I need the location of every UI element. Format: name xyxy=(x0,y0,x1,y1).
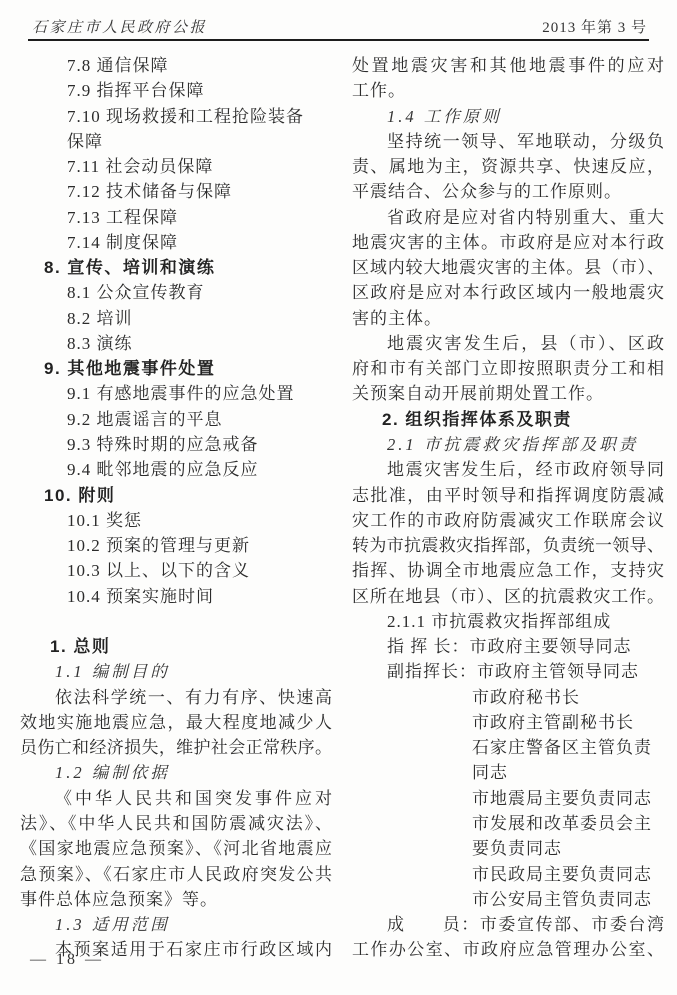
text-line: 效地实施地震应急，最大程度地减少人 xyxy=(20,710,332,735)
toc-item: 7.13 工程保障 xyxy=(20,205,332,230)
official-list-line: 要负责同志 xyxy=(352,836,664,861)
blank-line xyxy=(20,609,332,634)
text-line: 地震灾害的主体。市政府是应对本行政 xyxy=(352,230,664,255)
subsection-heading: 1.1 编制目的 xyxy=(20,659,332,684)
page-number: — 18 — xyxy=(30,951,104,969)
text-line: 成 员：市委宣传部、市委台湾 xyxy=(352,912,664,937)
text-line: 事件总体应急预案》等。 xyxy=(20,887,332,912)
subsection-heading: 1.2 编制依据 xyxy=(20,760,332,785)
toc-item: 7.10 现场救援和工程抢险装备 xyxy=(20,104,332,129)
toc-item: 7.12 技术储备与保障 xyxy=(20,179,332,204)
toc-item: 7.9 指挥平台保障 xyxy=(20,78,332,103)
subsection-heading: 1.4 工作原则 xyxy=(352,104,664,129)
toc-item: 10.4 预案实施时间 xyxy=(20,584,332,609)
toc-item: 9.3 特殊时期的应急戒备 xyxy=(20,432,332,457)
text-line: 工作。 xyxy=(352,78,664,103)
toc-item: 8.3 演练 xyxy=(20,331,332,356)
text-line: 法》、《中华人民共和国防震减灾法》、 xyxy=(20,811,332,836)
right-column: 处置地震灾害和其他地震事件的应对工作。1.4 工作原则坚持统一领导、军地联动，分… xyxy=(352,53,664,963)
toc-item: 7.11 社会动员保障 xyxy=(20,154,332,179)
text-line: 志批准，由平时领导和指挥调度防震减 xyxy=(352,483,664,508)
official-list-line: 市民政局主要负责同志 xyxy=(352,862,664,887)
text-line: 府和市有关部门立即按照职责分工和相 xyxy=(352,356,664,381)
toc-section-heading: 10. 附则 xyxy=(20,483,332,508)
toc-item: 10.1 奖惩 xyxy=(20,508,332,533)
text-line: 灾工作的市政府防震减灾工作联席会议 xyxy=(352,508,664,533)
toc-item: 9.2 地震谣言的平息 xyxy=(20,407,332,432)
official-list-line: 市政府秘书长 xyxy=(352,685,664,710)
text-line: 指 挥 长：市政府主要领导同志 xyxy=(352,634,664,659)
text-line: 转为市抗震救灾指挥部，负责统一领导、 xyxy=(352,533,664,558)
left-column: 7.8 通信保障7.9 指挥平台保障7.10 现场救援和工程抢险装备保障7.11… xyxy=(20,53,332,963)
toc-item: 10.2 预案的管理与更新 xyxy=(20,533,332,558)
page-header: 石家庄市人民政府公报 2013 年第 3 号 xyxy=(32,13,647,37)
toc-item: 9.4 毗邻地震的应急反应 xyxy=(20,457,332,482)
issue-number: 2013 年第 3 号 xyxy=(542,16,647,37)
text-line: 指挥、协调全市地震应急工作，支持灾 xyxy=(352,558,664,583)
subsection-heading: 1.3 适用范围 xyxy=(20,912,332,937)
text-line: 副指挥长：市政府主管领导同志 xyxy=(352,659,664,684)
toc-section-heading: 8. 宣传、培训和演练 xyxy=(20,255,332,280)
official-list-line: 市政府主管副秘书长 xyxy=(352,710,664,735)
toc-item: 8.2 培训 xyxy=(20,306,332,331)
toc-section-heading: 9. 其他地震事件处置 xyxy=(20,356,332,381)
text-line: 处置地震灾害和其他地震事件的应对 xyxy=(352,53,664,78)
text-line: 省政府是应对省内特别重大、重大 xyxy=(352,205,664,230)
official-list-line: 石家庄警备区主管负责 xyxy=(352,735,664,760)
toc-item: 7.8 通信保障 xyxy=(20,53,332,78)
toc-item: 7.14 制度保障 xyxy=(20,230,332,255)
text-line: 责、属地为主，资源共享、快速反应， xyxy=(352,154,664,179)
official-list-line: 市地震局主要负责同志 xyxy=(352,786,664,811)
text-line: 急预案》、《石家庄市人民政府突发公共 xyxy=(20,862,332,887)
publication-title: 石家庄市人民政府公报 xyxy=(32,16,207,37)
text-line: 地震灾害发生后，县（市）、区政 xyxy=(352,331,664,356)
text-line: 《中华人民共和国突发事件应对 xyxy=(20,786,332,811)
toc-item: 9.1 有感地震事件的应急处置 xyxy=(20,381,332,406)
text-line: 地震灾害发生后，经市政府领导同 xyxy=(352,457,664,482)
official-list-line: 市发展和改革委员会主 xyxy=(352,811,664,836)
toc-item: 10.3 以上、以下的含义 xyxy=(20,558,332,583)
toc-item: 保障 xyxy=(20,129,332,154)
text-line: 工作办公室、市政府应急管理办公室、 xyxy=(352,937,664,962)
text-line: 2.1.1 市抗震救灾指挥部组成 xyxy=(352,609,664,634)
toc-item: 8.1 公众宣传教育 xyxy=(20,280,332,305)
text-line: 《国家地震应急预案》、《河北省地震应 xyxy=(20,836,332,861)
text-line: 坚持统一领导、军地联动，分级负 xyxy=(352,129,664,154)
text-line: 区域内较大地震灾害的主体。县（市）、 xyxy=(352,255,664,280)
header-divider xyxy=(28,39,649,41)
text-line: 关预案自动开展前期处置工作。 xyxy=(352,381,664,406)
official-list-line: 同志 xyxy=(352,760,664,785)
section-heading: 1. 总则 xyxy=(20,634,332,659)
text-line: 区政府是应对本行政区域内一般地震灾 xyxy=(352,280,664,305)
text-line: 害的主体。 xyxy=(352,306,664,331)
gazette-page: 石家庄市人民政府公报 2013 年第 3 号 7.8 通信保障7.9 指挥平台保… xyxy=(0,0,677,995)
text-line: 员伤亡和经济损失，维护社会正常秩序。 xyxy=(20,735,332,760)
subsection-heading: 2.1 市抗震救灾指挥部及职责 xyxy=(352,432,664,457)
official-list-line: 市公安局主管负责同志 xyxy=(352,887,664,912)
text-line: 依法科学统一、有力有序、快速高 xyxy=(20,685,332,710)
text-line: 区所在地县（市）、区的抗震救灾工作。 xyxy=(352,584,664,609)
section-heading: 2. 组织指挥体系及职责 xyxy=(352,407,664,432)
text-line: 平震结合、公众参与的工作原则。 xyxy=(352,179,664,204)
